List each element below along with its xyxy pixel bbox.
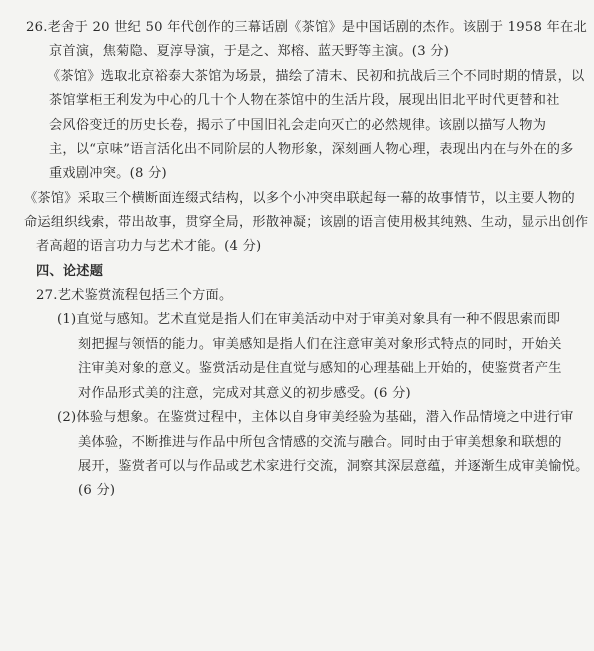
q26-line-8: 《茶馆》采取三个横断面连缀式结构，以多个小冲突串联起每一幕的故事情节，以主要人物… [24, 189, 575, 209]
q27-point-2-line-3: 展开，鉴赏者可以与作品或艺术家进行交流，洞察其深层意蕴，并逐渐生成审美愉悦。 [78, 457, 589, 477]
exam-answer-page: 26.老舍于 20 世纪 50 年代创作的三幕话剧《茶馆》是中国话剧的杰作。该剧… [0, 0, 594, 651]
q27-point-2-line-1: (2)体验与想象。在鉴赏过程中，主体以自身审美经验为基础，潜入作品情境之中进行审 [57, 408, 574, 428]
q27-point-2-line-2: 美体验，不断推进与作品中所包含情感的交流与融合。同时由于审美想象和联想的 [78, 433, 562, 453]
q27-point-1-line-4: 对作品形式美的注意，完成对其意义的初步感受。(6 分) [78, 384, 411, 404]
q26-line-4: 茶馆掌柜王利发为中心的几十个人物在茶馆中的生活片段，展现出旧北平时代更替和社 [49, 91, 560, 111]
q26-line-5: 会风俗变迁的历史长卷，揭示了中国旧礼会走向灭亡的必然规律。该剧以描写人物为 [49, 116, 546, 136]
q27-point-2-line-4: (6 分) [78, 481, 115, 501]
q27-point-1-line-2: 刻把握与领悟的能力。审美感知是指人们在注意审美对象形式特点的同时，开始关 [78, 335, 562, 355]
q26-line-2: 京首演，焦菊隐、夏淳导演，于是之、郑榕、蓝天野等主演。(3 分) [49, 42, 449, 62]
q27-intro: 27.艺术鉴赏流程包括三个方面。 [36, 286, 232, 306]
q27-point-1-line-1: (1)直觉与感知。艺术直觉是指人们在审美活动中对于审美对象具有一种不假思索而即 [57, 310, 560, 330]
q26-line-6: 主，以“京味”语言活化出不同阶层的人物形象，深刻画人物心理，表现出内在与外在的多 [49, 140, 574, 160]
q27-point-1-line-3: 注审美对象的意义。鉴赏活动是住直觉与感知的心理基础上开始的，使鉴赏者产生 [78, 359, 562, 379]
q26-line-1: 26.老舍于 20 世纪 50 年代创作的三幕话剧《茶馆》是中国话剧的杰作。该剧… [26, 18, 587, 38]
q26-line-3: 《茶馆》选取北京裕泰大茶馆为场景，描绘了清末、民初和抗战后三个不同时期的情景，以 [47, 67, 585, 87]
q26-line-7: 重戏剧冲突。(8 分) [49, 164, 167, 184]
section-heading: 四、论述题 [36, 262, 103, 282]
q26-line-10: 者高超的语言功力与艺术才能。(4 分) [36, 237, 261, 257]
q26-line-9: 命运组织线索，带出故事，贯穿全局，形散神凝；该剧的语言使用极其纯熟、生动，显示出… [24, 213, 588, 233]
